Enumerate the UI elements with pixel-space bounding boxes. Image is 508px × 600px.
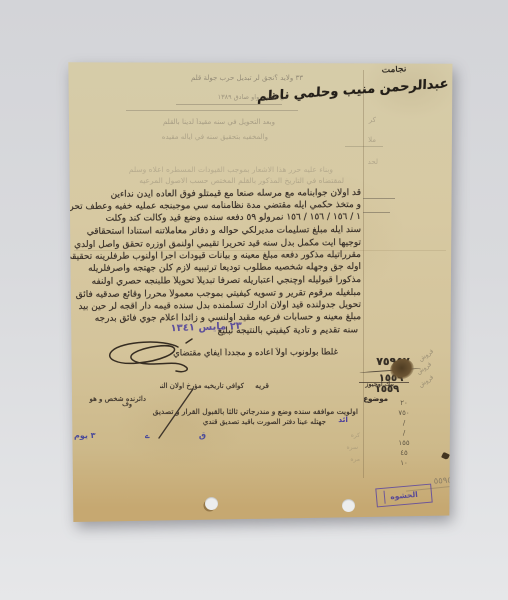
side-pencil-note: مره	[336, 456, 360, 464]
signature-flourish-icon	[104, 337, 198, 375]
document-paper: نجامت عبدالرحمن منيب وحلمي ناظم ٣٣ ولايد…	[66, 60, 454, 522]
pencil-annotation: وبعد التحويل في سنه مقيداً لدينا بالقلم	[135, 118, 275, 126]
punch-hole	[342, 499, 355, 512]
amount-value: ١٥٥٩	[364, 384, 410, 395]
photo-background: نجامت عبدالرحمن منيب وحلمي ناظم ٣٣ ولايد…	[0, 0, 508, 600]
side-pencil-note: كره	[336, 432, 360, 440]
sub-amount: ٧٥٠	[389, 408, 419, 418]
body-text-line: قد اولان جوابنامه مع مرسله صنعاً مع قيمت…	[70, 188, 361, 200]
letterhead-small-word: نجامت	[366, 65, 422, 76]
sub-amount: ٢٠	[389, 398, 419, 408]
block-line3: اولويت موافقه سنده وضع و مندرجاتي ثالثاً…	[66, 408, 358, 416]
sub-amount: ٤٥	[389, 448, 419, 458]
margin-dash	[363, 198, 395, 199]
pencil-annotation: في الجون واو صادق ١٣٨٩	[170, 93, 288, 101]
amount-underline	[359, 382, 409, 383]
approval-stamp-box: الحشوه	[375, 484, 432, 508]
purple-row-right: ق	[199, 431, 206, 440]
fold-label-2: موضوع	[352, 395, 388, 403]
margin-dash	[363, 212, 390, 213]
punch-hole	[205, 497, 218, 510]
margin-scribble: لحد	[350, 158, 378, 166]
margin-scribble: ملا	[346, 136, 376, 144]
dark-speck	[441, 452, 450, 460]
paper-sheet: نجامت عبدالرحمن منيب وحلمي ناظم ٣٣ ولايد…	[66, 60, 454, 522]
sub-amount: /	[389, 428, 419, 438]
approval-stamp-text: الحشوه	[390, 490, 418, 501]
body-text-line: مقرراتيله مذكور دفعه مبلغ معينه و بيانات…	[70, 250, 361, 262]
block-line2-mid: وف	[116, 400, 132, 408]
sub-amount: ١٠	[389, 458, 419, 468]
pencil-underline	[126, 110, 298, 111]
body-text-line: اوله جق وجهله شخصيه مطلوب توديعاً ترتيبي…	[70, 262, 361, 274]
pencil-annotation: وبناء عليه حرر هذا الاشعار بموجب القيودا…	[75, 166, 333, 174]
stamp-inner-bar	[384, 491, 387, 504]
body-text-line: سند ايله مبلغ تسليمات مديرلكي حواله و دف…	[70, 225, 361, 237]
purple-row-left: ٣ يوم	[74, 431, 96, 440]
pencil-annotation: والمخفيه بتحقيق سنه في اياله مقيده	[140, 133, 268, 141]
sub-amount: ١٥٥	[389, 438, 419, 448]
pencil-annotation: ٣٣ ولايد ؟نجق لر تبديل حرب جولة قلم	[85, 74, 303, 82]
margin-line	[345, 146, 383, 147]
block-purple-mark: ائد	[330, 416, 348, 424]
body-text-line: و متخذ حكمي ايله مقتضي مدة نظامنامه سي م…	[70, 200, 361, 212]
body-text-line: مذكوراً قبوليله اوچنجي اعتباريله تصرفاً …	[70, 275, 361, 287]
currency-label: قروش	[417, 348, 434, 363]
purple-numeral-row: ق ے ٣ يوم	[74, 431, 206, 440]
body-text-line: مبلغيله مرقوم تقرير و تسويه كيفيتي بموجب…	[70, 288, 361, 300]
body-text-line: توجيهاً ايت مكمل بدل سنه قيد تحريراً تقي…	[70, 238, 361, 250]
pencil-underline	[176, 104, 282, 105]
currency-label: قروش	[417, 374, 434, 389]
vertical-fold-line	[363, 70, 364, 478]
margin-scribble: كر	[350, 116, 376, 124]
side-pencil-note: سره	[334, 444, 358, 452]
purple-row-mid: ے	[145, 431, 150, 440]
pencil-annotation: لمقتضاه في التاريخ المذكور بالقلم المختص…	[68, 177, 344, 185]
sub-amount: /	[389, 418, 419, 428]
block-line4: جهتله عيناً دفتر الصورت باقيد تصديق قندي	[68, 418, 326, 426]
body-text-line: تحويل جدولنده قيد اولان ادارك تسلمنده بد…	[70, 300, 361, 312]
kaza-right-word: قريه	[247, 382, 269, 390]
block-line2: دائرنده شخص و هو	[66, 395, 146, 403]
body-text-line: ١ / ١٥٦ / ١٥٦ / ١٥٦ نمرولو ٥٩ دفعه سنده …	[70, 212, 361, 224]
